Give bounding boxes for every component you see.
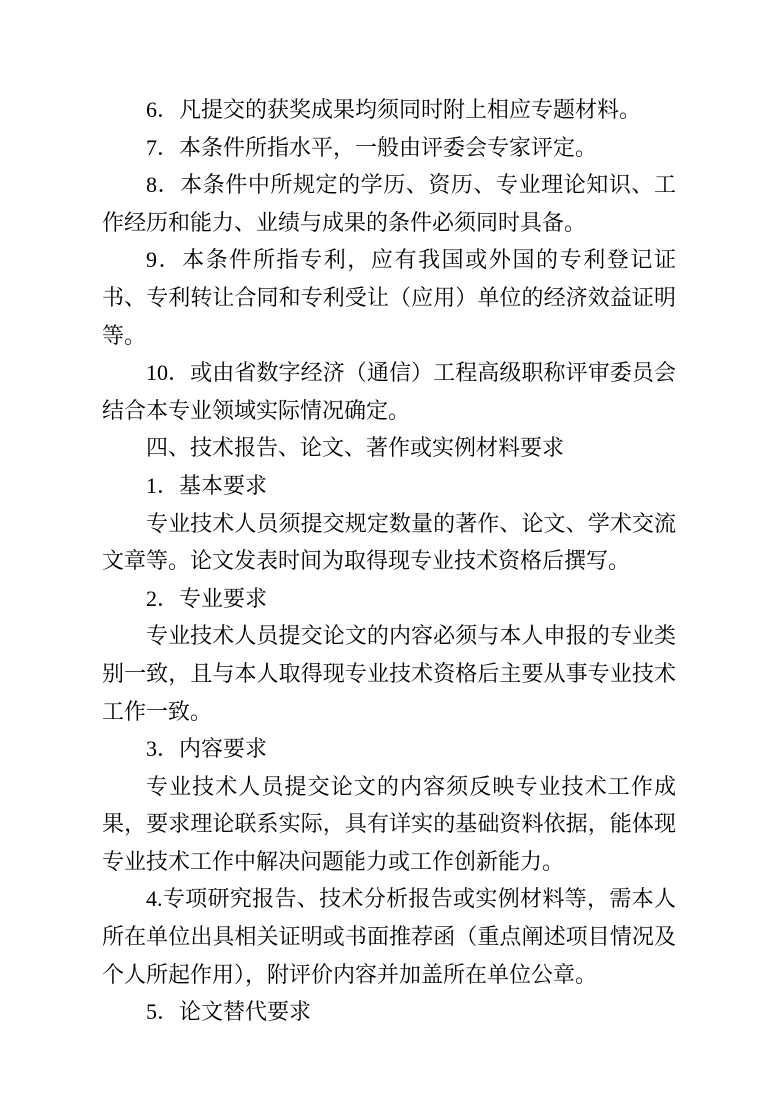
subheading-basic-req: 1．基本要求 — [102, 467, 676, 505]
paragraph-item-9: 9．本条件所指专利，应有我国或外国的专利登记证书、专利转让合同和专利受让（应用）… — [102, 241, 676, 354]
paragraph-item-10: 10．或由省数字经济（通信）工程高级职称评审委员会结合本专业领域实际情况确定。 — [102, 354, 676, 429]
document-body: { "page": { "background": "#ffffff", "te… — [0, 0, 777, 1099]
subheading-thesis-substitute: 5．论文替代要求 — [102, 993, 676, 1031]
paragraph-major-req-body: 专业技术人员提交论文的内容必须与本人申报的专业类别一致，且与本人取得现专业技术资… — [102, 617, 676, 730]
paragraph-item-6: 6．凡提交的获奖成果均须同时附上相应专题材料。 — [102, 91, 676, 129]
paragraph-basic-req-body: 专业技术人员须提交规定数量的著作、论文、学术交流文章等。论文发表时间为取得现专业… — [102, 505, 676, 580]
paragraph-content-req-body: 专业技术人员提交论文的内容须反映专业技术工作成果，要求理论联系实际，具有详实的基… — [102, 768, 676, 881]
paragraph-special-report: 4.专项研究报告、技术分析报告或实例材料等，需本人所在单位出具相关证明或书面推荐… — [102, 880, 676, 993]
paragraph-item-8: 8．本条件中所规定的学历、资历、专业理论知识、工作经历和能力、业绩与成果的条件必… — [102, 166, 676, 241]
section-heading-4: 四、技术报告、论文、著作或实例材料要求 — [102, 429, 676, 467]
subheading-content-req: 3．内容要求 — [102, 730, 676, 768]
document-page: 6．凡提交的获奖成果均须同时附上相应专题材料。 7．本条件所指水平，一般由评委会… — [0, 0, 777, 1099]
paragraph-item-7: 7．本条件所指水平，一般由评委会专家评定。 — [102, 129, 676, 167]
subheading-major-req: 2．专业要求 — [102, 580, 676, 618]
